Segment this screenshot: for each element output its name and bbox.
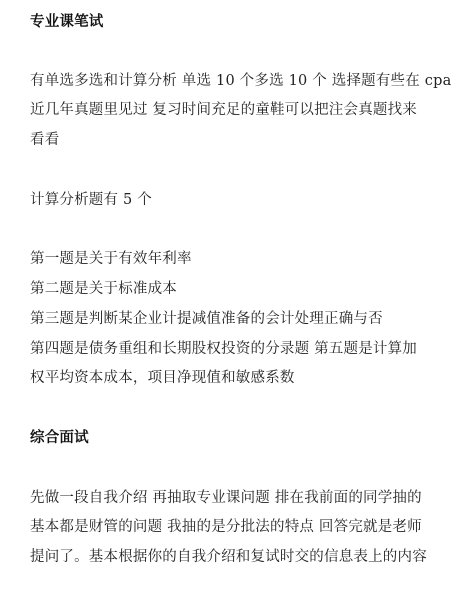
question-item: 第四题是债务重组和长期股权投资的分录题 第五题是计算加 xyxy=(30,339,450,359)
paragraph-line: 近几年真题里见过 复习时间充足的童鞋可以把注会真题找来 xyxy=(30,100,450,120)
question-item: 第三题是判断某企业计提减值准备的会计处理正确与否 xyxy=(30,309,450,329)
paragraph-line: 看看 xyxy=(30,130,450,150)
section-heading-interview: 综合面试 xyxy=(30,428,450,448)
question-item: 第一题是关于有效年利率 xyxy=(30,249,450,269)
question-item: 第二题是关于标准成本 xyxy=(30,279,450,299)
calc-count-line: 计算分析题有 5 个 xyxy=(30,190,450,210)
paragraph-line: 基本都是财管的问题 我抽的是分批法的特点 回答完就是老师 xyxy=(30,517,450,537)
paragraph-line: 提问了。基本根据你的自我介绍和复试时交的信息表上的内容 xyxy=(30,547,450,567)
paragraph-line: 有单选多选和计算分析 单选 10 个多选 10 个 选择题有些在 cpa xyxy=(30,71,450,91)
paragraph-line: 先做一段自我介绍 再抽取专业课问题 排在我前面的同学抽的 xyxy=(30,488,450,508)
section-heading-written-exam: 专业课笔试 xyxy=(30,12,450,32)
question-item: 权平均资本成本，项目净现值和敏感系数 xyxy=(30,368,450,388)
